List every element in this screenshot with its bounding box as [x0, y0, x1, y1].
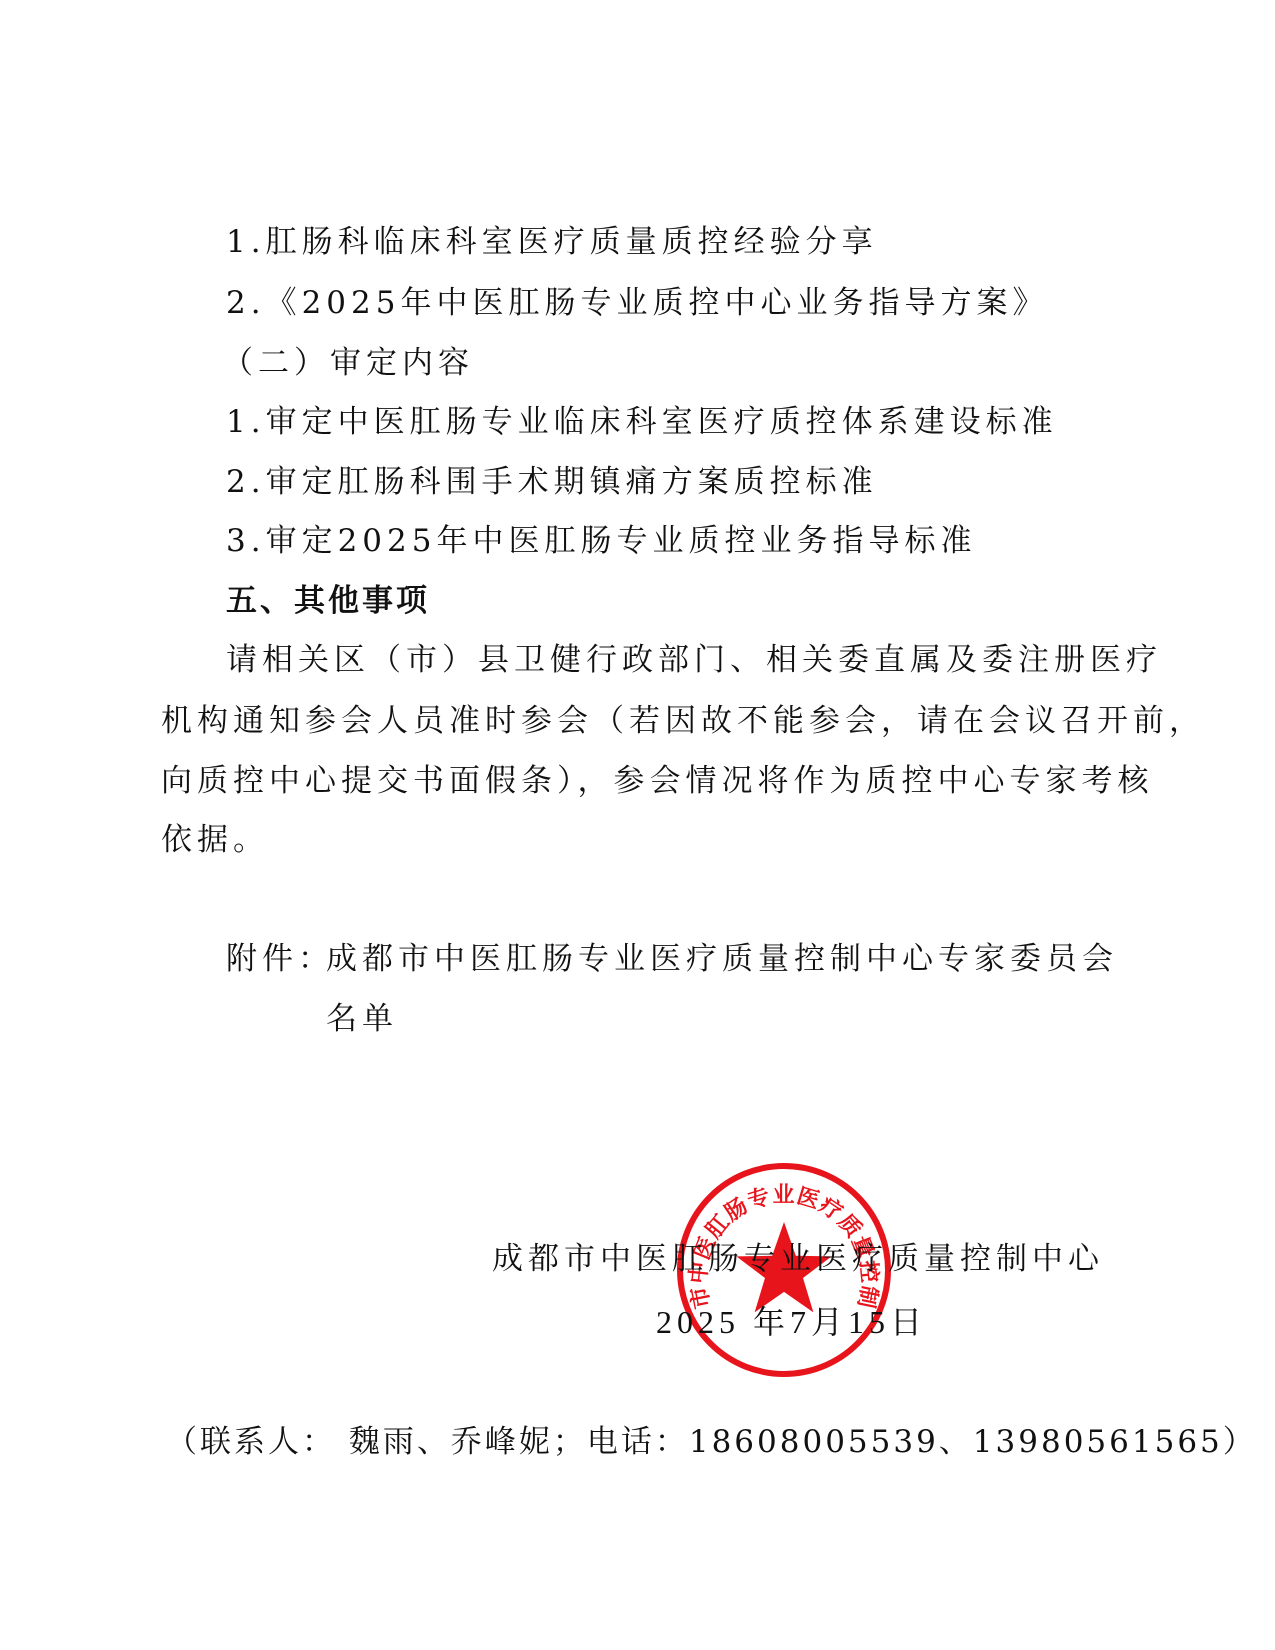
paragraph-line-4: 依据。 — [161, 820, 269, 860]
review-item-2: 2.审定肛肠科围手术期镇痛方案质控标准 — [226, 462, 878, 502]
paragraph-line-1: 请相关区（市）县卫健行政部门、相关委直属及委注册医疗 — [226, 640, 1162, 680]
attachment-title-line-1: 成都市中医肛肠专业医疗质量控制中心专家委员会 — [326, 939, 1118, 979]
attachment-title-line-2: 名单 — [326, 999, 398, 1039]
attachment-label: 附件： — [226, 939, 334, 979]
paragraph-line-3: 向质控中心提交书面假条），参会情况将作为质控中心专家考核 — [161, 761, 1154, 801]
agenda-item-2: 2.《2025年中医肛肠专业质控中心业务指导方案》 — [226, 283, 1048, 323]
review-item-3: 3.审定2025年中医肛肠专业质控业务指导标准 — [226, 521, 976, 561]
contact-info: （联系人： 魏雨、乔峰妮；电话：18608005539、13980561565） — [166, 1422, 1257, 1462]
paragraph-line-2: 机构通知参会人员准时参会（若因故不能参会，请在会议召开前， — [161, 701, 1205, 741]
signature-date: 2025 年7月15日 — [656, 1302, 927, 1342]
agenda-item-1: 1.肛肠科临床科室医疗质量质控经验分享 — [226, 222, 878, 262]
review-item-1: 1.审定中医肛肠专业临床科室医疗质控体系建设标准 — [226, 402, 1058, 442]
signature-organization: 成都市中医肛肠专业医疗质量控制中心 — [492, 1239, 1104, 1279]
section-heading-review: （二）审定内容 — [222, 343, 474, 383]
section-heading-other: 五、其他事项 — [226, 581, 430, 621]
